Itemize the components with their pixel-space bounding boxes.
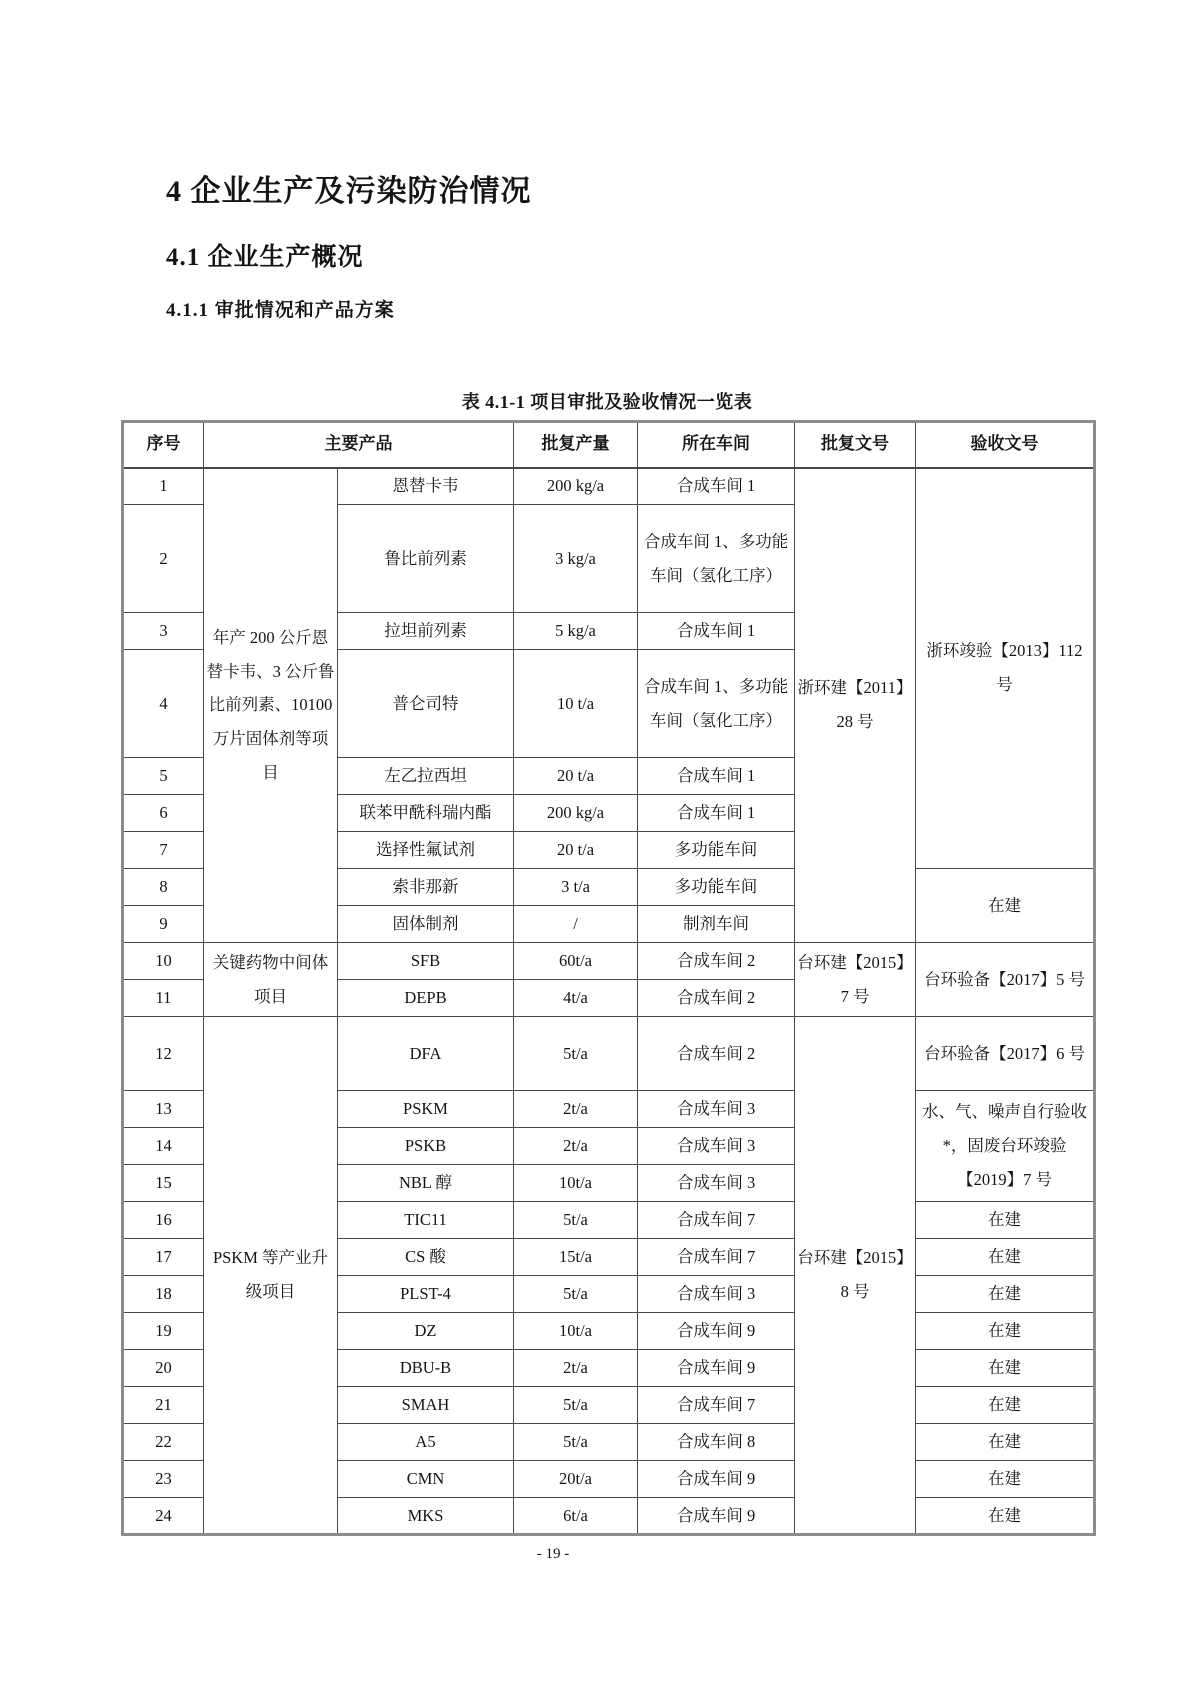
capacity-cell: 200 kg/a	[514, 795, 638, 832]
seq-cell: 6	[123, 795, 204, 832]
seq-cell: 23	[123, 1461, 204, 1498]
acceptance-doc-cell: 在建	[916, 1461, 1095, 1498]
product-cell: 普仑司特	[338, 650, 514, 758]
acceptance-doc-cell: 在建	[916, 869, 1095, 943]
product-cell: MKS	[338, 1498, 514, 1535]
header-workshop: 所在车间	[638, 422, 795, 468]
workshop-cell: 合成车间 3	[638, 1165, 795, 1202]
seq-cell: 14	[123, 1128, 204, 1165]
product-cell: SMAH	[338, 1387, 514, 1424]
capacity-cell: 10t/a	[514, 1313, 638, 1350]
workshop-cell: 合成车间 9	[638, 1461, 795, 1498]
workshop-cell: 合成车间 1、多功能车间（氢化工序）	[638, 505, 795, 613]
acceptance-doc-cell: 水、气、噪声自行验收*，固废台环竣验【2019】7 号	[916, 1091, 1095, 1202]
workshop-cell: 合成车间 9	[638, 1498, 795, 1535]
workshop-cell: 合成车间 1	[638, 758, 795, 795]
product-cell: SFB	[338, 943, 514, 980]
product-cell: NBL 醇	[338, 1165, 514, 1202]
header-approved-capacity: 批复产量	[514, 422, 638, 468]
workshop-cell: 制剂车间	[638, 906, 795, 943]
seq-cell: 9	[123, 906, 204, 943]
seq-cell: 5	[123, 758, 204, 795]
capacity-cell: 5t/a	[514, 1276, 638, 1313]
capacity-cell: 5t/a	[514, 1017, 638, 1091]
capacity-cell: 20 t/a	[514, 832, 638, 869]
seq-cell: 12	[123, 1017, 204, 1091]
seq-cell: 3	[123, 613, 204, 650]
acceptance-doc-cell: 台环验备【2017】6 号	[916, 1017, 1095, 1091]
workshop-cell: 合成车间 1	[638, 795, 795, 832]
workshop-cell: 多功能车间	[638, 869, 795, 906]
acceptance-doc-cell: 在建	[916, 1239, 1095, 1276]
seq-cell: 19	[123, 1313, 204, 1350]
capacity-cell: 10 t/a	[514, 650, 638, 758]
capacity-cell: 60t/a	[514, 943, 638, 980]
acceptance-doc-cell: 浙环竣验【2013】112 号	[916, 468, 1095, 869]
product-cell: DFA	[338, 1017, 514, 1091]
product-cell: PSKB	[338, 1128, 514, 1165]
seq-cell: 8	[123, 869, 204, 906]
acceptance-doc-cell: 在建	[916, 1313, 1095, 1350]
project-group-cell: 年产 200 公斤恩替卡韦、3 公斤鲁比前列素、10100 万片固体剂等项目	[204, 468, 338, 943]
capacity-cell: 15t/a	[514, 1239, 638, 1276]
seq-cell: 2	[123, 505, 204, 613]
product-cell: 恩替卡韦	[338, 468, 514, 505]
section-heading-level1: 4 企业生产及污染防治情况	[166, 166, 532, 210]
workshop-cell: 合成车间 3	[638, 1276, 795, 1313]
seq-cell: 22	[123, 1424, 204, 1461]
approval-acceptance-table: 序号 主要产品 批复产量 所在车间 批复文号 验收文号 1 年产 200 公斤恩…	[121, 420, 1096, 1536]
workshop-cell: 合成车间 3	[638, 1128, 795, 1165]
approval-doc-cell: 台环建【2015】8 号	[795, 1017, 916, 1535]
capacity-cell: 5 kg/a	[514, 613, 638, 650]
product-cell: CMN	[338, 1461, 514, 1498]
acceptance-doc-cell: 在建	[916, 1424, 1095, 1461]
product-cell: 左乙拉西坦	[338, 758, 514, 795]
product-cell: 联苯甲酰科瑞内酯	[338, 795, 514, 832]
workshop-cell: 合成车间 7	[638, 1239, 795, 1276]
acceptance-doc-cell: 台环验备【2017】5 号	[916, 943, 1095, 1017]
product-cell: 索非那新	[338, 869, 514, 906]
table-header-row: 序号 主要产品 批复产量 所在车间 批复文号 验收文号	[123, 422, 1095, 468]
seq-cell: 24	[123, 1498, 204, 1535]
seq-cell: 11	[123, 980, 204, 1017]
workshop-cell: 合成车间 2	[638, 1017, 795, 1091]
project-group-cell: 关键药物中间体项目	[204, 943, 338, 1017]
seq-cell: 18	[123, 1276, 204, 1313]
acceptance-doc-cell: 在建	[916, 1202, 1095, 1239]
acceptance-doc-cell: 在建	[916, 1498, 1095, 1535]
capacity-cell: 5t/a	[514, 1424, 638, 1461]
acceptance-doc-cell: 在建	[916, 1387, 1095, 1424]
capacity-cell: 3 kg/a	[514, 505, 638, 613]
seq-cell: 17	[123, 1239, 204, 1276]
capacity-cell: 3 t/a	[514, 869, 638, 906]
approval-doc-cell: 浙环建【2011】28 号	[795, 468, 916, 943]
product-cell: DBU-B	[338, 1350, 514, 1387]
seq-cell: 13	[123, 1091, 204, 1128]
table-title: 表 4.1-1 项目审批及验收情况一览表	[121, 388, 1093, 414]
product-cell: PSKM	[338, 1091, 514, 1128]
seq-cell: 7	[123, 832, 204, 869]
product-cell: CS 酸	[338, 1239, 514, 1276]
seq-cell: 1	[123, 468, 204, 505]
product-cell: DZ	[338, 1313, 514, 1350]
table-row: 10 关键药物中间体项目 SFB 60t/a 合成车间 2 台环建【2015】7…	[123, 943, 1095, 980]
workshop-cell: 合成车间 1	[638, 468, 795, 505]
product-cell: 选择性氟试剂	[338, 832, 514, 869]
workshop-cell: 多功能车间	[638, 832, 795, 869]
capacity-cell: 2t/a	[514, 1128, 638, 1165]
seq-cell: 4	[123, 650, 204, 758]
acceptance-doc-cell: 在建	[916, 1350, 1095, 1387]
capacity-cell: 20t/a	[514, 1461, 638, 1498]
workshop-cell: 合成车间 2	[638, 943, 795, 980]
product-cell: 固体制剂	[338, 906, 514, 943]
seq-cell: 21	[123, 1387, 204, 1424]
capacity-cell: 4t/a	[514, 980, 638, 1017]
header-main-product: 主要产品	[204, 422, 514, 468]
workshop-cell: 合成车间 7	[638, 1387, 795, 1424]
acceptance-doc-cell: 在建	[916, 1276, 1095, 1313]
workshop-cell: 合成车间 3	[638, 1091, 795, 1128]
capacity-cell: 2t/a	[514, 1091, 638, 1128]
table-row: 12 PSKM 等产业升级项目 DFA 5t/a 合成车间 2 台环建【2015…	[123, 1017, 1095, 1091]
capacity-cell: 6t/a	[514, 1498, 638, 1535]
capacity-cell: 20 t/a	[514, 758, 638, 795]
section-heading-level2: 4.1 企业生产概况	[166, 237, 364, 273]
seq-cell: 15	[123, 1165, 204, 1202]
capacity-cell: 5t/a	[514, 1387, 638, 1424]
capacity-cell: 10t/a	[514, 1165, 638, 1202]
seq-cell: 10	[123, 943, 204, 980]
product-cell: PLST-4	[338, 1276, 514, 1313]
capacity-cell: 200 kg/a	[514, 468, 638, 505]
capacity-cell: 5t/a	[514, 1202, 638, 1239]
workshop-cell: 合成车间 1、多功能车间（氢化工序）	[638, 650, 795, 758]
seq-cell: 20	[123, 1350, 204, 1387]
workshop-cell: 合成车间 2	[638, 980, 795, 1017]
workshop-cell: 合成车间 9	[638, 1350, 795, 1387]
workshop-cell: 合成车间 9	[638, 1313, 795, 1350]
seq-cell: 16	[123, 1202, 204, 1239]
capacity-cell: /	[514, 906, 638, 943]
product-cell: TIC11	[338, 1202, 514, 1239]
product-cell: 鲁比前列素	[338, 505, 514, 613]
project-group-cell: PSKM 等产业升级项目	[204, 1017, 338, 1535]
header-approval-doc: 批复文号	[795, 422, 916, 468]
header-seq: 序号	[123, 422, 204, 468]
workshop-cell: 合成车间 1	[638, 613, 795, 650]
page-number: - 19 -	[0, 1546, 1106, 1563]
header-acceptance-doc: 验收文号	[916, 422, 1095, 468]
product-cell: 拉坦前列素	[338, 613, 514, 650]
workshop-cell: 合成车间 7	[638, 1202, 795, 1239]
section-heading-level3: 4.1.1 审批情况和产品方案	[166, 295, 395, 322]
capacity-cell: 2t/a	[514, 1350, 638, 1387]
workshop-cell: 合成车间 8	[638, 1424, 795, 1461]
product-cell: DEPB	[338, 980, 514, 1017]
approval-doc-cell: 台环建【2015】7 号	[795, 943, 916, 1017]
table-row: 1 年产 200 公斤恩替卡韦、3 公斤鲁比前列素、10100 万片固体剂等项目…	[123, 468, 1095, 505]
product-cell: A5	[338, 1424, 514, 1461]
